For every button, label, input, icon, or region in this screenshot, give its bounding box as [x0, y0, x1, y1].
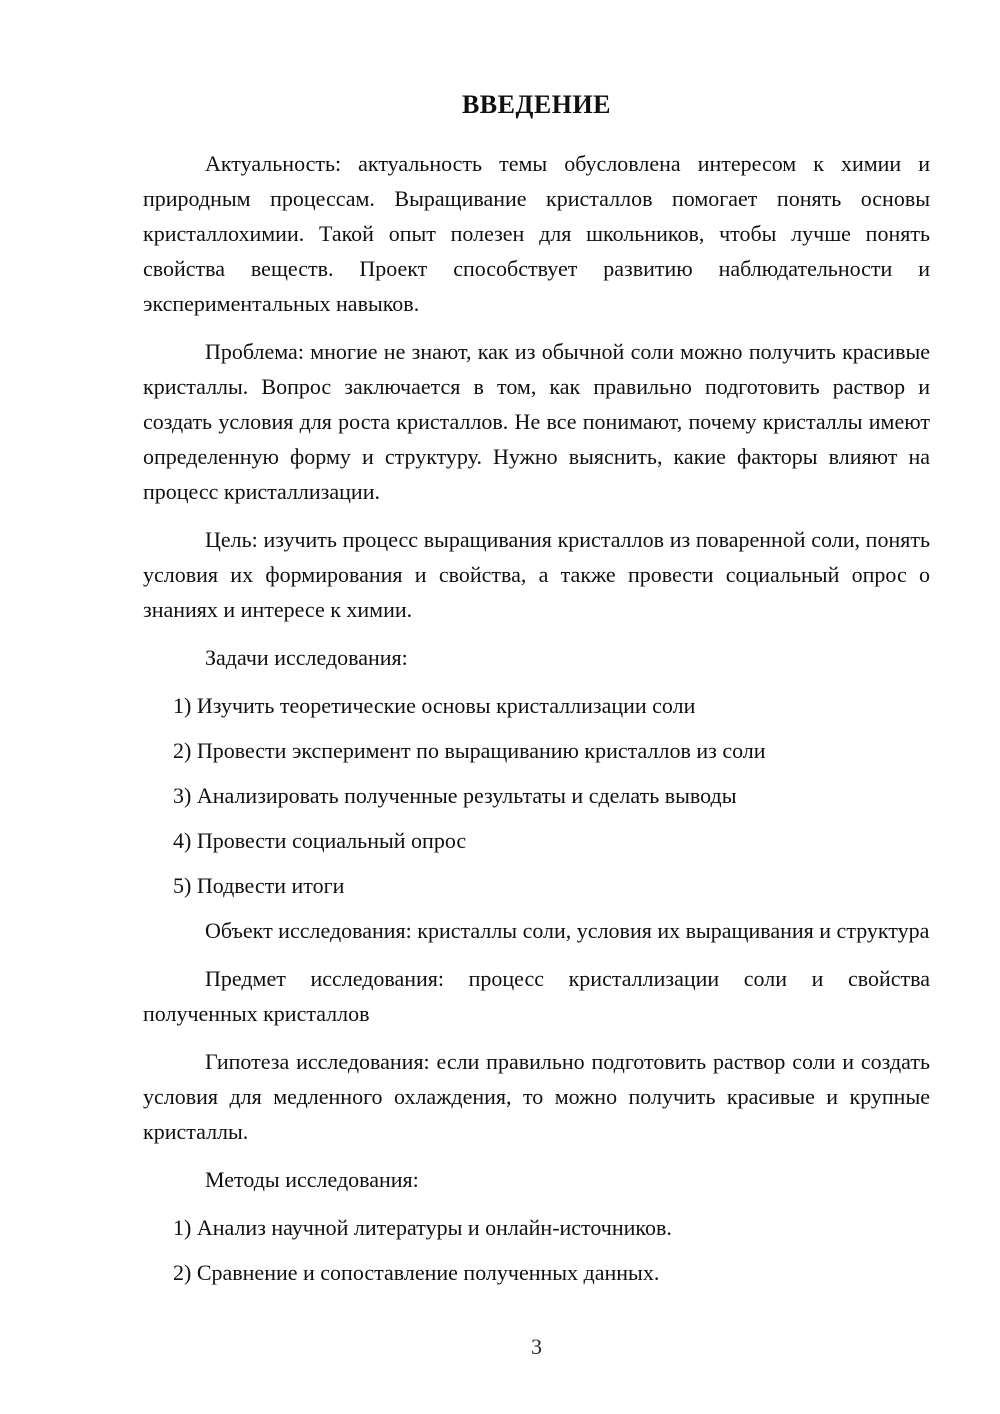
paragraph-goal: Цель: изучить процесс выращивания криста… — [143, 522, 930, 627]
task-item-2: 2) Провести эксперимент по выращиванию к… — [143, 733, 930, 768]
paragraph-problem: Проблема: многие не знают, как из обычно… — [143, 334, 930, 509]
paragraph-methods-heading: Методы исследования: — [143, 1162, 930, 1197]
paragraph-hypothesis: Гипотеза исследования: если правильно по… — [143, 1044, 930, 1149]
method-item-1: 1) Анализ научной литературы и онлайн-ис… — [143, 1210, 930, 1245]
task-item-1: 1) Изучить теоретические основы кристалл… — [143, 688, 930, 723]
paragraph-tasks-heading: Задачи исследования: — [143, 640, 930, 675]
paragraph-object: Объект исследования: кристаллы соли, усл… — [143, 913, 930, 948]
page-title: ВВЕДЕНИЕ — [143, 88, 930, 122]
task-item-5: 5) Подвести итоги — [143, 868, 930, 903]
document-page: ВВЕДЕНИЕ Актуальность: актуальность темы… — [0, 0, 1000, 1414]
paragraph-subject: Предмет исследования: процесс кристаллиз… — [143, 961, 930, 1031]
method-item-2: 2) Сравнение и сопоставление полученных … — [143, 1255, 930, 1290]
page-number: 3 — [143, 1332, 930, 1362]
paragraph-actuality: Актуальность: актуальность темы обусловл… — [143, 146, 930, 321]
task-item-4: 4) Провести социальный опрос — [143, 823, 930, 858]
task-item-3: 3) Анализировать полученные результаты и… — [143, 778, 930, 813]
